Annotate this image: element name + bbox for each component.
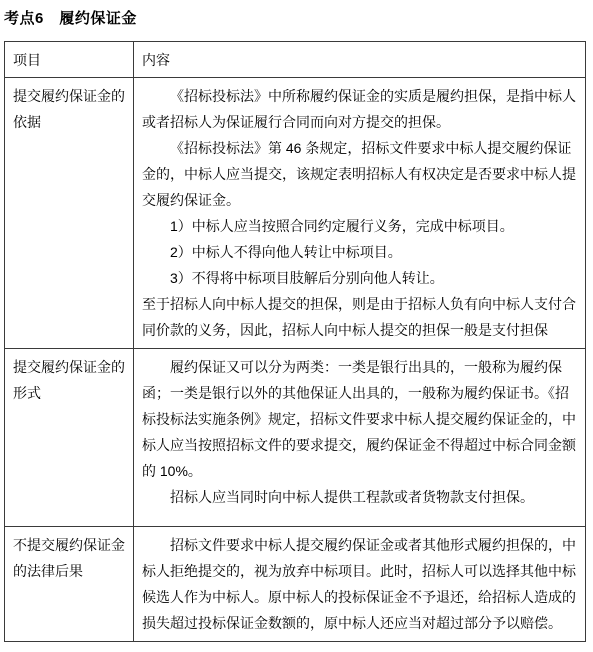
header-cell-content: 内容	[134, 42, 586, 78]
paragraph: 履约保证又可以分为两类：一类是银行出具的，一般称为履约保函；一类是银行以外的其他…	[142, 354, 577, 484]
paragraph: 至于招标人向中标人提交的担保，则是由于招标人负有向中标人支付合同价款的义务，因此…	[142, 291, 577, 343]
header-cell-item: 项目	[5, 42, 134, 78]
item-cell-form: 提交履约保证金的形式	[5, 349, 134, 527]
page-title: 考点6 履约保证金	[4, 7, 593, 28]
performance-bond-table: 项目 内容 提交履约保证金的依据 《招标投标法》中所称履约保证金的实质是履约担保…	[4, 41, 586, 642]
paragraph: 招标文件要求中标人提交履约保证金或者其他形式履约担保的，中标人拒绝提交的，视为放…	[142, 532, 577, 636]
paragraph: 《招标投标法》中所称履约保证金的实质是履约担保，是指中标人或者招标人为保证履行合…	[142, 83, 577, 135]
content-cell-form: 履约保证又可以分为两类：一类是银行出具的，一般称为履约保函；一类是银行以外的其他…	[134, 349, 586, 527]
list-item: 3）不得将中标项目肢解后分别向他人转让。	[142, 265, 577, 291]
item-cell-basis: 提交履约保证金的依据	[5, 78, 134, 349]
paragraph: 《招标投标法》第 46 条规定，招标文件要求中标人提交履约保证金的，中标人应当提…	[142, 135, 577, 213]
table-row-result: 不提交履约保证金的法律后果 招标文件要求中标人提交履约保证金或者其他形式履约担保…	[5, 527, 586, 642]
table-row-basis: 提交履约保证金的依据 《招标投标法》中所称履约保证金的实质是履约担保，是指中标人…	[5, 78, 586, 349]
table-row-form: 提交履约保证金的形式 履约保证又可以分为两类：一类是银行出具的，一般称为履约保函…	[5, 349, 586, 527]
content-cell-basis: 《招标投标法》中所称履约保证金的实质是履约担保，是指中标人或者招标人为保证履行合…	[134, 78, 586, 349]
item-cell-result: 不提交履约保证金的法律后果	[5, 527, 134, 642]
paragraph: 招标人应当同时向中标人提供工程款或者货物款支付担保。	[142, 484, 577, 510]
list-item: 1）中标人应当按照合同约定履行义务，完成中标项目。	[142, 213, 577, 239]
table-header-row: 项目 内容	[5, 42, 586, 78]
content-cell-result: 招标文件要求中标人提交履约保证金或者其他形式履约担保的，中标人拒绝提交的，视为放…	[134, 527, 586, 642]
list-item: 2）中标人不得向他人转让中标项目。	[142, 239, 577, 265]
